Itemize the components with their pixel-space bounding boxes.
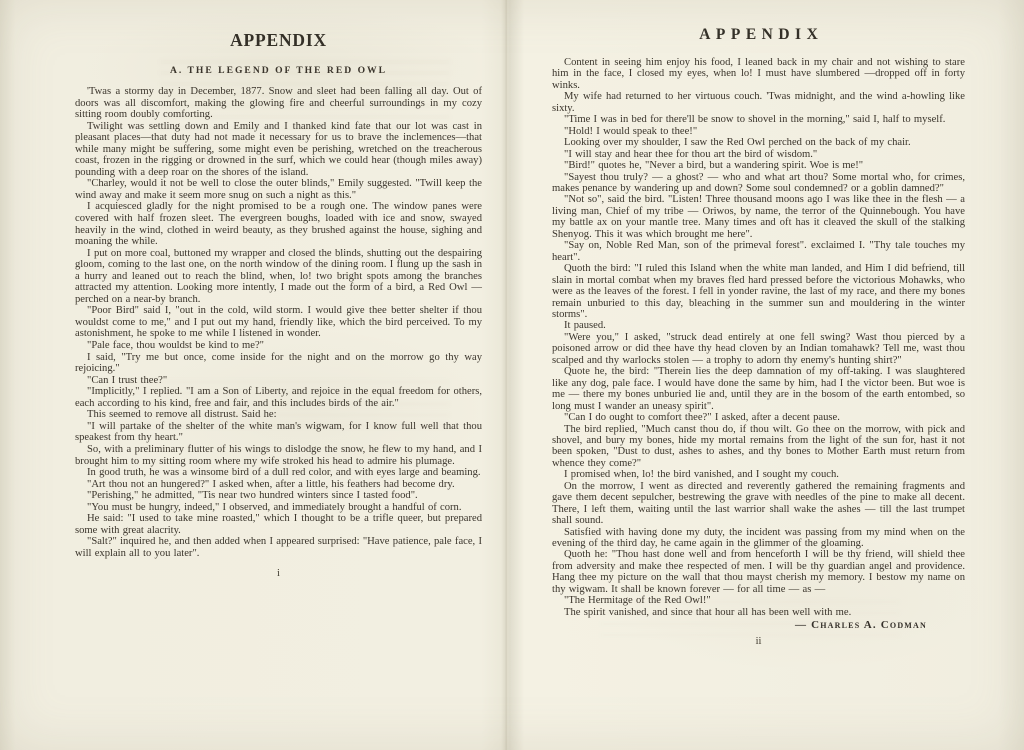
paragraph: The bird replied, "Much canst thou do, i… xyxy=(552,424,965,470)
paragraph: The spirit vanished, and since that hour… xyxy=(552,607,965,618)
page-title: APPENDIX xyxy=(552,26,965,44)
paragraph: 'Twas a stormy day in December, 1877. Sn… xyxy=(75,86,482,121)
paragraph: Twilight was settling down and Emily and… xyxy=(75,121,482,179)
paragraph: "I will stay and hear thee for thou art … xyxy=(552,149,965,160)
right-page-body: Content in seeing him enjoy his food, I … xyxy=(552,57,965,618)
paragraph: Satisfied with having done my duty, the … xyxy=(552,527,965,550)
paragraph: Quoth the bird: "I ruled this Island whe… xyxy=(552,263,965,320)
author-signature: — Charles A. Codman xyxy=(552,619,965,631)
book-spread: APPENDIX A. THE LEGEND OF THE RED OWL 'T… xyxy=(0,0,1024,750)
paragraph: On the morrow, I went as directed and re… xyxy=(552,481,965,527)
paragraph: "Sayest thou truly? — a ghost? — who and… xyxy=(552,172,965,195)
paragraph: In good truth, he was a winsome bird of … xyxy=(75,467,482,479)
paragraph: "Charley, would it not be well to close … xyxy=(75,178,482,201)
paragraph: "I will partake of the shelter of the wh… xyxy=(75,421,482,444)
paragraph: "Implicitly," I replied. "I am a Son of … xyxy=(75,386,482,409)
right-page: APPENDIX Content in seeing him enjoy his… xyxy=(552,26,965,647)
section-heading: A. THE LEGEND OF THE RED OWL xyxy=(75,65,482,76)
paragraph: My wife had returned to her virtuous cou… xyxy=(552,91,965,114)
paragraph: "You must be hungry, indeed," I observed… xyxy=(75,502,482,514)
left-page: APPENDIX A. THE LEGEND OF THE RED OWL 'T… xyxy=(75,30,482,579)
page-fold xyxy=(501,0,511,750)
paragraph: Content in seeing him enjoy his food, I … xyxy=(552,57,965,91)
left-page-body: 'Twas a stormy day in December, 1877. Sn… xyxy=(75,86,482,559)
paragraph: I promised when, lo! the bird vanished, … xyxy=(552,469,965,480)
paragraph: "Not so", said the bird. "Listen! Three … xyxy=(552,194,965,240)
paragraph: "Say on, Noble Red Man, son of the prime… xyxy=(552,240,965,263)
paragraph: "Poor Bird" said I, "out in the cold, wi… xyxy=(75,305,482,340)
page-title: APPENDIX xyxy=(75,30,482,51)
paragraph: "Were you," I asked, "struck dead entire… xyxy=(552,332,965,366)
paragraph: So, with a preliminary flutter of his wi… xyxy=(75,444,482,467)
paragraph: Quote he, the bird: "Therein lies the de… xyxy=(552,366,965,412)
paragraph: Looking over my shoulder, I saw the Red … xyxy=(552,137,965,148)
paragraph: "Bird!" quotes he, "Never a bird, but a … xyxy=(552,160,965,171)
paragraph: "The Hermitage of the Red Owl!" xyxy=(552,595,965,606)
paragraph: He said: "I used to take mine roasted," … xyxy=(75,513,482,536)
paragraph: "Can I trust thee?" xyxy=(75,375,482,387)
paragraph: "Salt?" inquired he, and then added when… xyxy=(75,536,482,559)
paragraph: "Can I do ought to comfort thee?" I aske… xyxy=(552,412,965,423)
paragraph: "Time I was in bed for there'll be snow … xyxy=(552,114,965,125)
paragraph: "Art thou not an hungered?" I asked when… xyxy=(75,479,482,491)
paragraph: "Perishing," he admitted, "Tis near two … xyxy=(75,490,482,502)
paragraph: This seemed to remove all distrust. Said… xyxy=(75,409,482,421)
page-number: ii xyxy=(552,636,965,647)
paragraph: I said, "Try me but once, come inside fo… xyxy=(75,352,482,375)
paragraph: "Hold! I would speak to thee!" xyxy=(552,126,965,137)
paragraph: I acquiesced gladly for the night promis… xyxy=(75,201,482,247)
paragraph: Quoth he: "Thou hast done well and from … xyxy=(552,549,965,595)
paragraph: It paused. xyxy=(552,320,965,331)
paragraph: "Pale face, thou wouldst be kind to me?" xyxy=(75,340,482,352)
paragraph: I put on more coal, buttoned my wrapper … xyxy=(75,248,482,306)
page-number: i xyxy=(75,568,482,579)
